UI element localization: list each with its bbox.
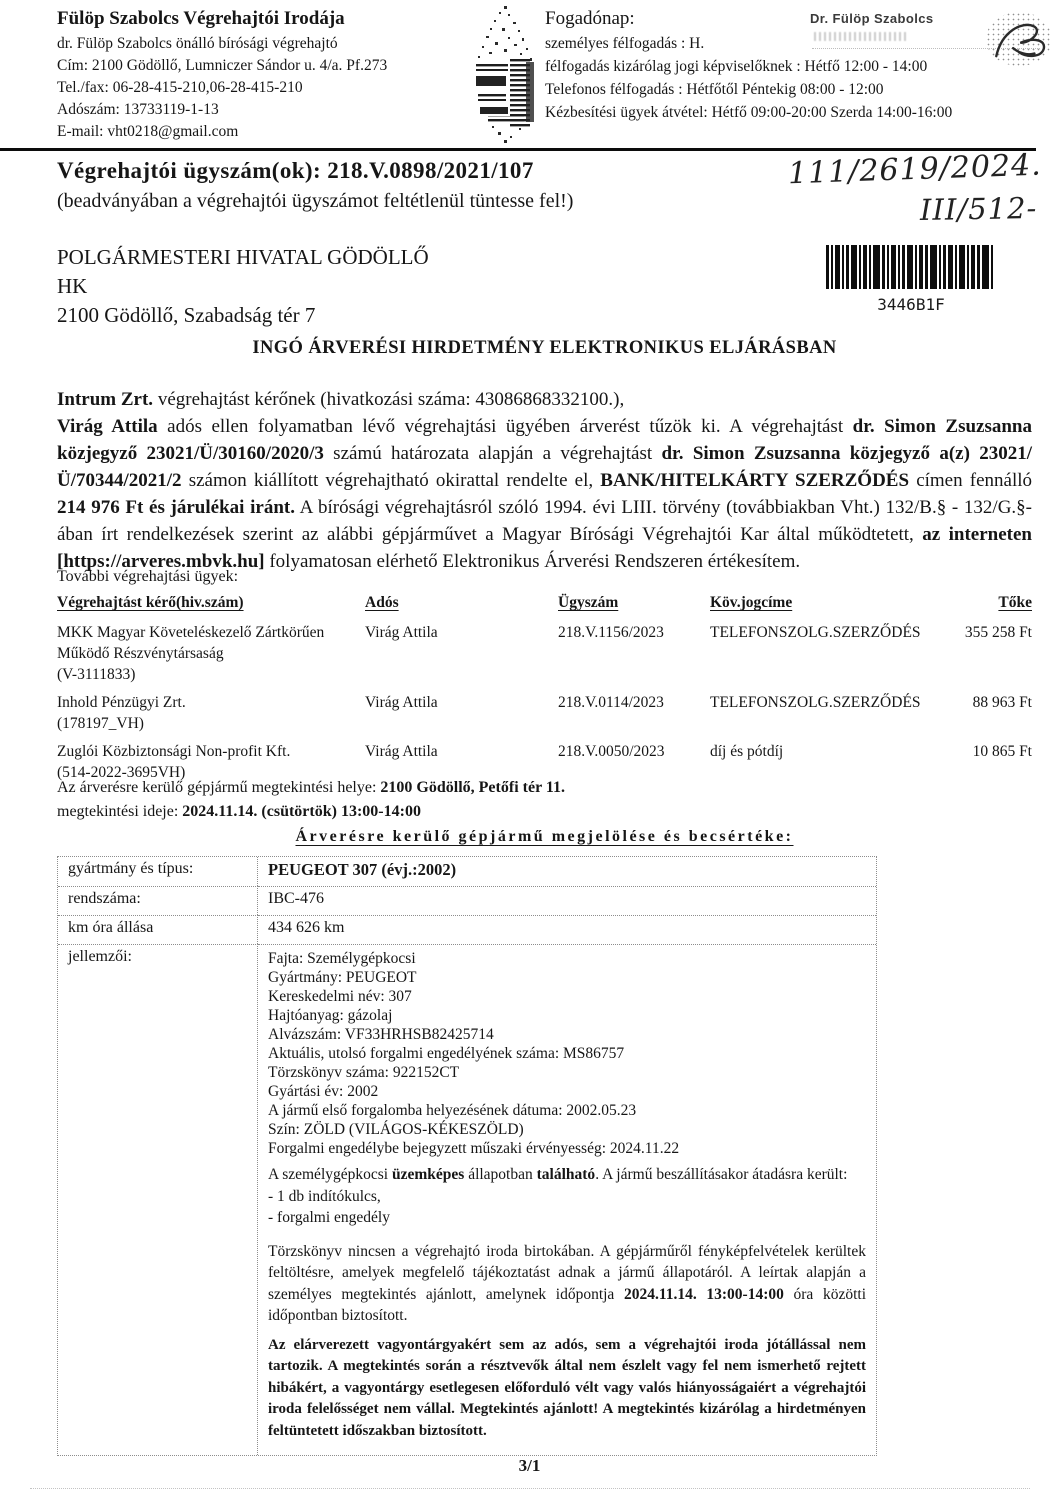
reception-line-delivery: Kézbesítési ügyek átvétel: Hétfő 09:00-2… bbox=[545, 101, 1005, 124]
table-cell-claim: TELEFONSZOLG.SZERZŐDÉS bbox=[710, 692, 955, 741]
text-segment: . A jármű beszállításakor átadásra kerül… bbox=[595, 1166, 847, 1183]
viewing-time: megtekintési ideje: 2024.11.14. (csütört… bbox=[57, 800, 1032, 824]
addressee-name: POLGÁRMESTERI HIVATAL GÖDÖLLŐ bbox=[57, 243, 429, 272]
vehicle-plate-label: rendszáma: bbox=[58, 886, 258, 915]
case-number-note: (beadványában a végrehajtói ügyszámot fe… bbox=[57, 190, 777, 213]
office-tax-id: Adószám: 13733119-1-13 bbox=[57, 99, 467, 121]
vehicle-plate-value: IBC-476 bbox=[258, 886, 876, 915]
text-segment: Virág Attila bbox=[57, 416, 158, 437]
text-segment: Intrum Zrt. bbox=[57, 389, 153, 410]
office-name: Fülöp Szabolcs Végrehajtói Irodája bbox=[57, 8, 467, 30]
vehicle-features-cell: Fajta: Személygépkocsi Gyártmány: PEUGEO… bbox=[258, 944, 876, 1455]
document-page: Fülöp Szabolcs Végrehajtói Irodája dr. F… bbox=[0, 0, 1059, 1498]
table-cell-case-no: 218.V.1156/2023 bbox=[558, 622, 710, 692]
text-segment: Az árverésre kerülő gépjármű megtekintés… bbox=[57, 779, 380, 796]
table-cell-case-no: 218.V.0114/2023 bbox=[558, 692, 710, 741]
addressee-dept: HK bbox=[57, 272, 429, 301]
office-email: E-mail: vht0218@gmail.com bbox=[57, 121, 467, 143]
handwritten-file-number: III/512- bbox=[920, 191, 1038, 227]
other-cases-heading: További végrehajtási ügyek: bbox=[57, 568, 1032, 586]
other-cases-table: Végrehajtást kérő(hiv.szám) Adós Ügyszám… bbox=[57, 592, 1032, 790]
table-cell-principal: 88 963 Ft bbox=[955, 692, 1032, 741]
column-header-claim: Köv.jogcíme bbox=[710, 592, 955, 622]
table-cell-creditor: MKK Magyar Követeléskezelő Zártkörűen Mű… bbox=[57, 622, 365, 692]
handwritten-registry-number: 111/2619/2024. bbox=[787, 148, 1042, 192]
scan-noise-bottom bbox=[30, 1488, 1030, 1489]
stamp-faded-text bbox=[814, 32, 906, 41]
viewing-location: Az árverésre kerülő gépjármű megtekintés… bbox=[57, 776, 1032, 800]
intro-section: Intrum Zrt. végrehajtást kérőnek (hivatk… bbox=[57, 386, 1032, 575]
reception-line-phone: Telefonos félfogadás : Hétfőtől Péntekig… bbox=[545, 78, 1005, 101]
addressee-block: POLGÁRMESTERI HIVATAL GÖDÖLLŐ HK 2100 Gö… bbox=[57, 243, 429, 330]
office-header: Fülöp Szabolcs Végrehajtói Irodája dr. F… bbox=[57, 8, 467, 143]
barcode: 3446B1F bbox=[826, 245, 996, 314]
case-number: Végrehajtói ügyszám(ok): 218.V.0898/2021… bbox=[57, 158, 777, 184]
case-number-block: Végrehajtói ügyszám(ok): 218.V.0898/2021… bbox=[57, 158, 777, 213]
vehicle-odometer-label: km óra állása bbox=[58, 915, 258, 944]
barcode-code: 3446B1F bbox=[826, 295, 996, 314]
text-segment: állapotban bbox=[464, 1166, 536, 1183]
page-number: 3/1 bbox=[0, 1456, 1059, 1476]
column-header-principal: Tőke bbox=[955, 592, 1032, 622]
column-header-debtor: Adós bbox=[365, 592, 558, 622]
text-segment: 2024.11.14. 13:00-14:00 bbox=[624, 1286, 784, 1303]
text-segment: számú határozata alapján a végrehajtást bbox=[324, 443, 662, 464]
table-cell-claim: TELEFONSZOLG.SZERZŐDÉS bbox=[710, 622, 955, 692]
office-address: Cím: 2100 Gödöllő, Lumniczer Sándor u. 4… bbox=[57, 55, 467, 77]
vehicle-condition: A személygépkocsi üzemképes állapotban t… bbox=[268, 1164, 866, 1186]
vehicle-odometer-value: 434 626 km bbox=[258, 915, 876, 944]
header-divider bbox=[0, 148, 1036, 151]
text-segment: számon kiállított végrehajtható okiratta… bbox=[182, 470, 601, 491]
text-segment: címen fennálló bbox=[909, 470, 1032, 491]
vehicle-table: gyártmány és típus: PEUGEOT 307 (évj.:20… bbox=[57, 856, 877, 1456]
document-title: INGÓ ÁRVERÉSI HIRDETMÉNY ELEKTRONIKUS EL… bbox=[57, 338, 1032, 359]
vehicle-inspection-note: Törzskönyv nincsen a végrehajtó iroda bi… bbox=[268, 1241, 866, 1327]
intro-paragraph-1: Intrum Zrt. végrehajtást kérőnek (hivatk… bbox=[57, 386, 1032, 413]
text-segment: üzemképes bbox=[392, 1166, 464, 1183]
office-phone: Tel./fax: 06-28-415-210,06-28-415-210 bbox=[57, 77, 467, 99]
text-segment: 214 976 Ft és járulékai iránt. bbox=[57, 497, 295, 518]
signature-icon bbox=[986, 12, 1052, 66]
vehicle-make-label: gyártmány és típus: bbox=[58, 857, 258, 886]
other-cases-section: További végrehajtási ügyek: Végrehajtást… bbox=[57, 568, 1032, 790]
vehicle-section-heading: Árverésre kerülő gépjármű megjelölése és… bbox=[57, 828, 1032, 846]
table-cell-debtor: Virág Attila bbox=[365, 622, 558, 692]
text-segment: 2024.11.14. (csütörtök) 13:00-14:00 bbox=[182, 803, 421, 820]
text-segment: végrehajtást kérőnek (hivatkozási száma:… bbox=[153, 389, 624, 410]
office-officer: dr. Fülöp Szabolcs önálló bírósági végre… bbox=[57, 33, 467, 55]
column-header-case-no: Ügyszám bbox=[558, 592, 710, 622]
text-segment: A személygépkocsi bbox=[268, 1166, 392, 1183]
stamp-name-text: Dr. Fülöp Szabolcs bbox=[810, 11, 934, 26]
text-segment: BANK/HITELKÁRTY SZERZŐDÉS bbox=[600, 470, 909, 491]
table-cell-debtor: Virág Attila bbox=[365, 692, 558, 741]
text-segment: adós ellen folyamatban lévő végrehajtási… bbox=[158, 416, 853, 437]
vehicle-features-label: jellemzői: bbox=[58, 944, 258, 1455]
coat-of-arms-icon bbox=[464, 4, 548, 146]
barcode-icon bbox=[826, 245, 996, 289]
column-header-creditor: Végrehajtást kérő(hiv.szám) bbox=[57, 592, 365, 622]
text-segment: található bbox=[537, 1166, 596, 1183]
text-segment: 2100 Gödöllő, Petőfi tér 11. bbox=[380, 779, 565, 796]
intro-paragraph-2: Virág Attila adós ellen folyamatban lévő… bbox=[57, 413, 1032, 575]
addressee-address: 2100 Gödöllő, Szabadság tér 7 bbox=[57, 301, 429, 330]
text-segment: megtekintési ideje: bbox=[57, 803, 182, 820]
vehicle-specs: Fajta: Személygépkocsi Gyártmány: PEUGEO… bbox=[268, 949, 866, 1158]
table-cell-principal: 355 258 Ft bbox=[955, 622, 1032, 692]
table-cell-creditor: Inhold Pénzügyi Zrt. (178197_VH) bbox=[57, 692, 365, 741]
vehicle-make-value: PEUGEOT 307 (évj.:2002) bbox=[258, 857, 876, 886]
viewing-info: Az árverésre kerülő gépjármű megtekintés… bbox=[57, 776, 1032, 824]
reception-line-legal: félfogadás kizárólag jogi képviselőknek … bbox=[545, 55, 1005, 78]
name-stamp: Dr. Fülöp Szabolcs bbox=[810, 10, 990, 46]
vehicle-handover-items: - 1 db indítókulcs, - forgalmi engedély bbox=[268, 1186, 866, 1229]
vehicle-disclaimer: Az elárverezett vagyontárgyakért sem az … bbox=[268, 1335, 866, 1443]
